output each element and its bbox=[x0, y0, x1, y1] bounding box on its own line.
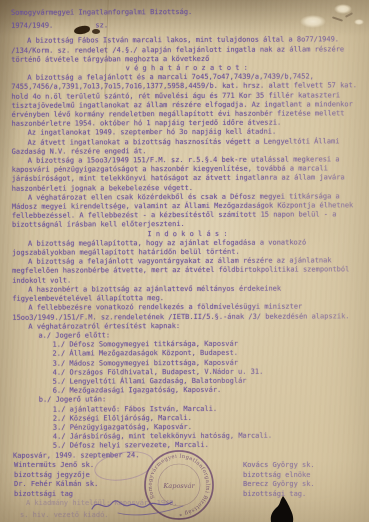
reasoning-paragraph: A bizottság megállapította, hogy az aján… bbox=[12, 238, 363, 258]
typed-text-column: Somogyvármegyei Ingatlanforgalmi Bizotts… bbox=[11, 7, 364, 460]
decision-paragraph: Az átvett ingatlanokat a bizottság haszn… bbox=[12, 137, 363, 157]
scanned-document-page: Somogyvármegyei Ingatlanforgalmi Bizotts… bbox=[0, 0, 369, 522]
decision-paragraph: A bizottság a felajánlott és a marcali 7… bbox=[11, 72, 362, 129]
notify-before-list: a./ Jogerő előtt: 1./ Défosz Somogymegye… bbox=[38, 330, 363, 396]
organization-name: Somogyvármegyei Ingatlanforgalmi Bizotts… bbox=[11, 7, 362, 18]
signature-name: Dr. Fehér Kálmán sk. bbox=[14, 480, 144, 490]
signature-block-right: Kovács György sk. bizottság elnöke Berec… bbox=[243, 461, 369, 499]
signature-role: bizottság elnöke bbox=[243, 471, 369, 481]
intro-paragraph: A bizottság Fábos István marcali lakos, … bbox=[11, 36, 362, 65]
black-ink-blob bbox=[270, 496, 294, 522]
signature-role: bizottsági tag. bbox=[243, 490, 369, 500]
case-number: 1974/1949. sz. bbox=[11, 20, 362, 31]
stamp-center-text: Kaposvár bbox=[162, 482, 195, 490]
decision-paragraph: A véghatározat ellen csak közérdekből és… bbox=[12, 192, 363, 230]
notify-after-list: b./ Jogerő után: 1./ ajánlattevő: Fábos … bbox=[39, 395, 364, 452]
signature-name: Kovács György sk. bbox=[243, 461, 369, 471]
reasoning-paragraph: A fellebbezésre vonatkozó rendelkezés a … bbox=[12, 303, 363, 323]
handwritten-signature bbox=[88, 493, 192, 517]
ink-blot bbox=[92, 29, 100, 34]
reasoning-paragraph: A haszonbért a bizottság az ajánlattevő … bbox=[12, 284, 363, 304]
reasoning-paragraph: A bizottság a felajánlott vagyontárgyaka… bbox=[12, 257, 363, 286]
signature-name: Berecz György sk. bbox=[243, 480, 369, 490]
decision-paragraph: A bizottság a 15oo3/1949 151/F.M. sz. r.… bbox=[12, 155, 363, 193]
